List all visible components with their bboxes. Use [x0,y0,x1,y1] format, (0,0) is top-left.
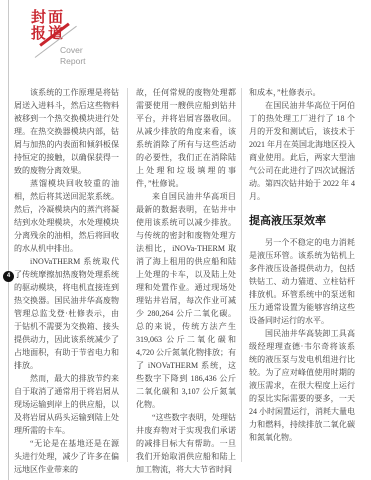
paragraph: “无论是在基地还是在源头进行处理，减少了许多在偏远地区作业带来的 [14,437,119,476]
paragraph: iNOVaTHERM 系统取代了传统摩擦加热废物处理系统的驱动模块，将电机直接连… [14,255,119,372]
column-divider-2 [241,88,242,462]
subtitle-line-1: Cover [60,45,86,56]
subtitle-line-2: Report [60,56,86,67]
article-column-2: 故，任何常规的废物处理都需要使用一艘供应船到钻井平台，并将岩屑容器收回。从减少排… [136,86,236,476]
paragraph: 来自国民油井华高项目最新的数据表明，在钻井中使用该系统可以减少排放。与传统的密封… [136,190,236,411]
paragraph: 国民油井华高装卸工具高级经理理查德·韦尔奇将该系统的液压泵与发电机组进行比较。为… [249,327,355,444]
paragraph: 该系统的工作原理是将钻屑送入进料斗，然后这些物料被移到一个热交换模块进行处理。在… [14,86,119,177]
logo-line-1: 封面 [31,10,65,26]
paragraph: 在国民油井华高位于阿伯丁的热处理工厂进行了 18 个月的开发和测试后，该技术于 … [249,99,355,203]
paragraph: 另一个不稳定的电力消耗是液压环管。该系统为钻机上多件液压设备提供动力，包括铁钻工… [249,236,355,327]
paragraph: 蒸馏模块回收较重的油相，然后将其送回泥浆系统。然后，冷凝模块内的蒸汽将凝结到水处… [14,177,119,255]
paragraph: 故，任何常规的废物处理都需要使用一艘供应船到钻井平台，并将岩屑容器收回。从减少排… [136,86,236,190]
column-divider-1 [127,88,128,462]
section-heading: 提高液压泵效率 [249,215,355,228]
paragraph: 和成本，”杜修表示。 [249,86,355,99]
page-number-badge: 4 [3,271,14,282]
article-column-1: 该系统的工作原理是将钻屑送入进料斗，然后这些物料被移到一个热交换模块进行处理。在… [14,86,119,476]
left-edge-rule [8,0,9,480]
magazine-page: 4 封面 报道 Cover Report 该系统的工作原理是将钻屑送入进料斗，然… [0,0,371,480]
article-column-3: 和成本，”杜修表示。 在国民油井华高位于阿伯丁的热处理工厂进行了 18 个月的开… [249,86,355,444]
paragraph: 然而，最大的排放节约来自于取消了通常用于将岩屑从现场运输到岸上的供应船，以及将岩… [14,372,119,437]
paragraph: “这些数字表明，处理钻井废弃物对于实现我们承诺的减排目标大有帮助。一旦我们开始取… [136,411,236,476]
cover-report-subtitle: Cover Report [60,45,86,66]
